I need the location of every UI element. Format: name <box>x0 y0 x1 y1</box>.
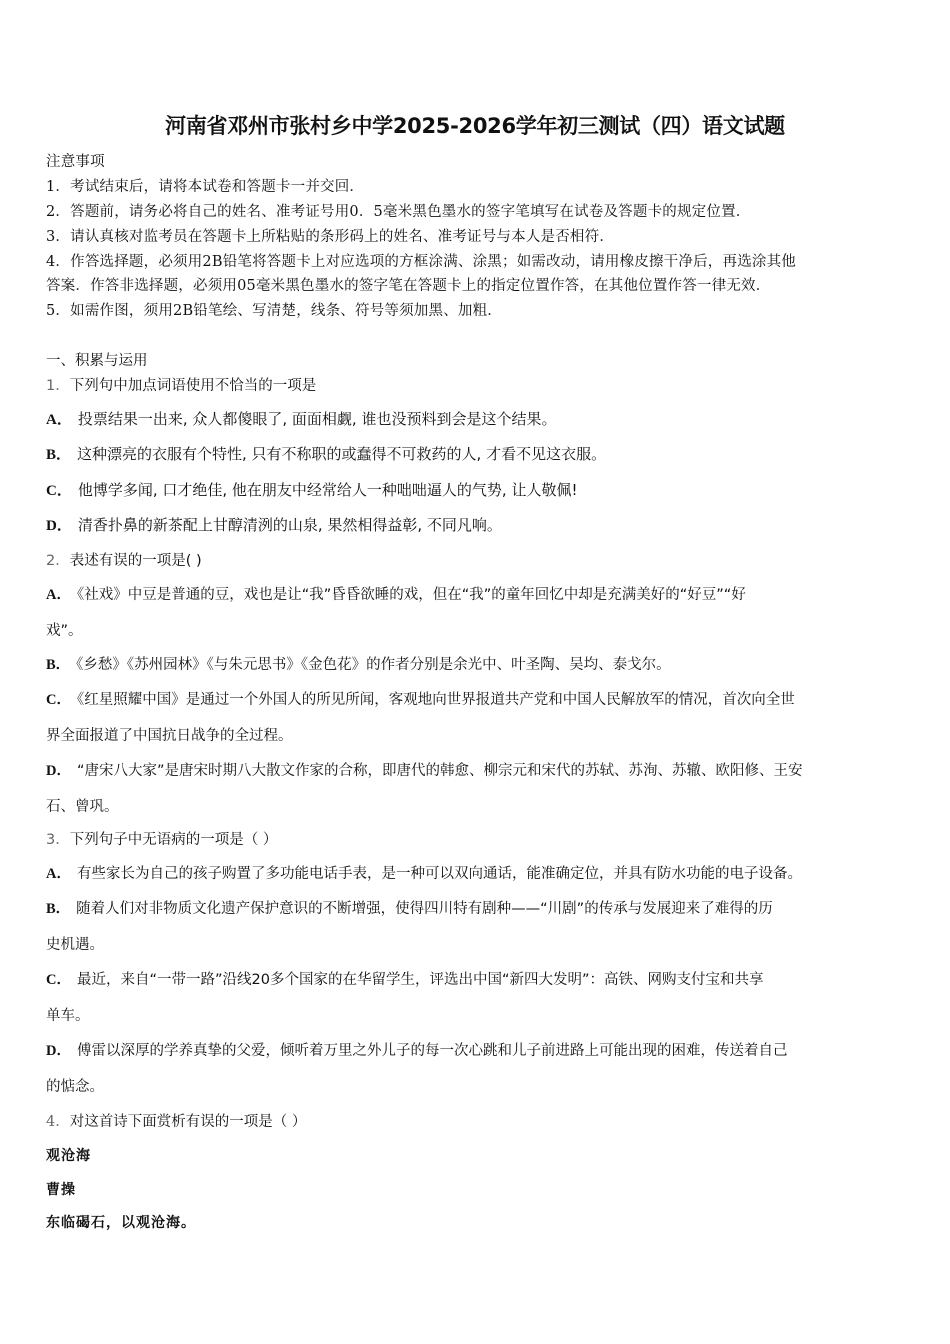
notes-item: 1．考试结束后，请将本试卷和答题卡一并交回． <box>46 177 364 197</box>
option-text: 有些家长为自己的孩子购置了多功能电话手表，是一种可以双向通话，能准确定位，并具有… <box>77 866 802 882</box>
exam-page: 河南省邓州市张村乡中学2025-2026学年初三测试（四）语文试题 注意事项 1… <box>0 0 950 1344</box>
question-number: 1． <box>46 378 70 394</box>
option-text: 投票结果一出来, 众人都傻眼了, 面面相觑, 谁也没预料到会是这个结果。 <box>78 410 557 428</box>
question-text: 对这首诗下面赏析有误的一项是（ ） <box>70 1114 307 1130</box>
option-letter: C． <box>46 972 71 988</box>
option-b: B．随着人们对非物质文化遗产保护意识的不断增强，使得四川特有剧种——“川剧”的传… <box>46 899 773 919</box>
option-a: A．《社戏》中豆是普通的豆，戏也是让“我”昏昏欲睡的戏，但在“我”的童年回忆中却… <box>46 585 746 605</box>
notes-item: 答案．作答非选择题，必须用05毫米黑色墨水的签字笔在答题卡上的指定位置作答，在其… <box>46 276 770 296</box>
question-stem: 1．下列句中加点词语使用不恰当的一项是 <box>46 376 316 396</box>
option-c-continued: 单车。 <box>46 1006 90 1026</box>
option-letter: B． <box>46 901 70 917</box>
notes-heading: 注意事项 <box>46 152 105 172</box>
notes-item: 5．如需作图，须用2B铅笔绘、写清楚，线条、符号等须加黑、加粗． <box>46 301 502 321</box>
option-text: 《乡愁》《苏州园林》《与朱元思书》《金色花》的作者分别是余光中、叶圣陶、吴均、泰… <box>76 657 671 673</box>
option-d: D．“唐宋八大家”是唐宋时期八大散文作家的合称，即唐代的韩愈、柳宗元和宋代的苏轼… <box>46 761 803 781</box>
option-b-continued: 史机遇。 <box>46 935 104 955</box>
option-b: B．《乡愁》《苏州园林》《与朱元思书》《金色花》的作者分别是余光中、叶圣陶、吴均… <box>46 655 671 675</box>
option-d-continued: 石、曾巩。 <box>46 797 119 817</box>
option-d: D．傅雷以深厚的学养真挚的父爱，倾听着万里之外儿子的每一次心跳和儿子前进路上可能… <box>46 1041 787 1061</box>
option-c-continued: 界全面报道了中国抗日战争的全过程。 <box>46 726 293 746</box>
option-a-continued: 戏”。 <box>46 621 83 641</box>
question-stem: 2．表述有误的一项是( ) <box>46 551 202 571</box>
option-text: 他博学多闻, 口才绝佳, 他在朋友中经常给人一种咄咄逼人的气势, 让人敬佩! <box>78 481 578 499</box>
page-title: 河南省邓州市张村乡中学2025-2026学年初三测试（四）语文试题 <box>0 110 950 140</box>
option-letter: D． <box>46 518 72 534</box>
question-number: 2． <box>46 553 70 569</box>
option-letter: B． <box>46 447 71 463</box>
option-letter: A． <box>46 587 71 603</box>
question-stem: 4．对这首诗下面赏析有误的一项是（ ） <box>46 1112 306 1132</box>
option-a: A．有些家长为自己的孩子购置了多功能电话手表，是一种可以双向通话，能准确定位，并… <box>46 864 802 884</box>
option-c: C．他博学多闻, 口才绝佳, 他在朋友中经常给人一种咄咄逼人的气势, 让人敬佩! <box>46 480 577 501</box>
poem-author: 曹操 <box>46 1180 76 1200</box>
question-text: 表述有误的一项是( ) <box>70 553 202 569</box>
option-text: 《红星照耀中国》是通过一个外国人的所见所闻，客观地向世界报道共产党和中国人民解放… <box>77 692 795 708</box>
option-letter: A． <box>46 412 72 428</box>
question-number: 3． <box>46 832 70 848</box>
option-letter: B． <box>46 657 70 673</box>
option-text: 随着人们对非物质文化遗产保护意识的不断增强，使得四川特有剧种——“川剧”的传承与… <box>76 901 773 917</box>
option-text: 傅雷以深厚的学养真挚的父爱，倾听着万里之外儿子的每一次心跳和儿子前进路上可能出现… <box>77 1043 788 1059</box>
notes-item: 4．作答选择题，必须用2B铅笔将答题卡上对应选项的方框涂满、涂黑；如需改动，请用… <box>46 252 796 272</box>
option-b: B．这种漂亮的衣服有个特性, 只有不称职的或蠢得不可救药的人, 才看不见这衣服。 <box>46 444 606 465</box>
option-letter: A． <box>46 866 71 882</box>
option-text: 清香扑鼻的新茶配上甘醇清洌的山泉, 果然相得益彰, 不同凡响。 <box>78 516 502 534</box>
question-text: 下列句中加点词语使用不恰当的一项是 <box>70 378 317 394</box>
poem-title: 观沧海 <box>46 1146 91 1166</box>
poem-line: 东临碣石，以观沧海。 <box>46 1213 196 1233</box>
notes-item: 2．答题前，请务必将自己的姓名、准考证号用0．5毫米黑色墨水的签字笔填写在试卷及… <box>46 202 750 222</box>
option-letter: C． <box>46 483 72 499</box>
option-c: C．《红星照耀中国》是通过一个外国人的所见所闻，客观地向世界报道共产党和中国人民… <box>46 690 795 710</box>
question-text: 下列句子中无语病的一项是（ ） <box>70 832 278 848</box>
option-text: 《社戏》中豆是普通的豆，戏也是让“我”昏昏欲睡的戏，但在“我”的童年回忆中却是充… <box>77 587 746 603</box>
notes-item: 3．请认真核对监考员在答题卡上所粘贴的条形码上的姓名、准考证号与本人是否相符． <box>46 227 614 247</box>
question-number: 4． <box>46 1114 70 1130</box>
option-d: D．清香扑鼻的新茶配上甘醇清洌的山泉, 果然相得益彰, 不同凡响。 <box>46 515 502 536</box>
option-text: 这种漂亮的衣服有个特性, 只有不称职的或蠢得不可救药的人, 才看不见这衣服。 <box>77 445 606 463</box>
option-d-continued: 的惦念。 <box>46 1077 104 1097</box>
section-heading: 一、积累与运用 <box>46 351 148 371</box>
option-letter: D． <box>46 1043 71 1059</box>
option-c: C．最近，来自“一带一路”沿线20多个国家的在华留学生，评选出中国“新四大发明”… <box>46 970 763 990</box>
question-stem: 3．下列句子中无语病的一项是（ ） <box>46 830 277 850</box>
option-a: A．投票结果一出来, 众人都傻眼了, 面面相觑, 谁也没预料到会是这个结果。 <box>46 409 556 430</box>
option-letter: C． <box>46 692 71 708</box>
option-text: “唐宋八大家”是唐宋时期八大散文作家的合称，即唐代的韩愈、柳宗元和宋代的苏轼、苏… <box>77 763 803 779</box>
option-text: 最近，来自“一带一路”沿线20多个国家的在华留学生，评选出中国“新四大发明”：高… <box>77 972 764 988</box>
option-letter: D． <box>46 763 71 779</box>
